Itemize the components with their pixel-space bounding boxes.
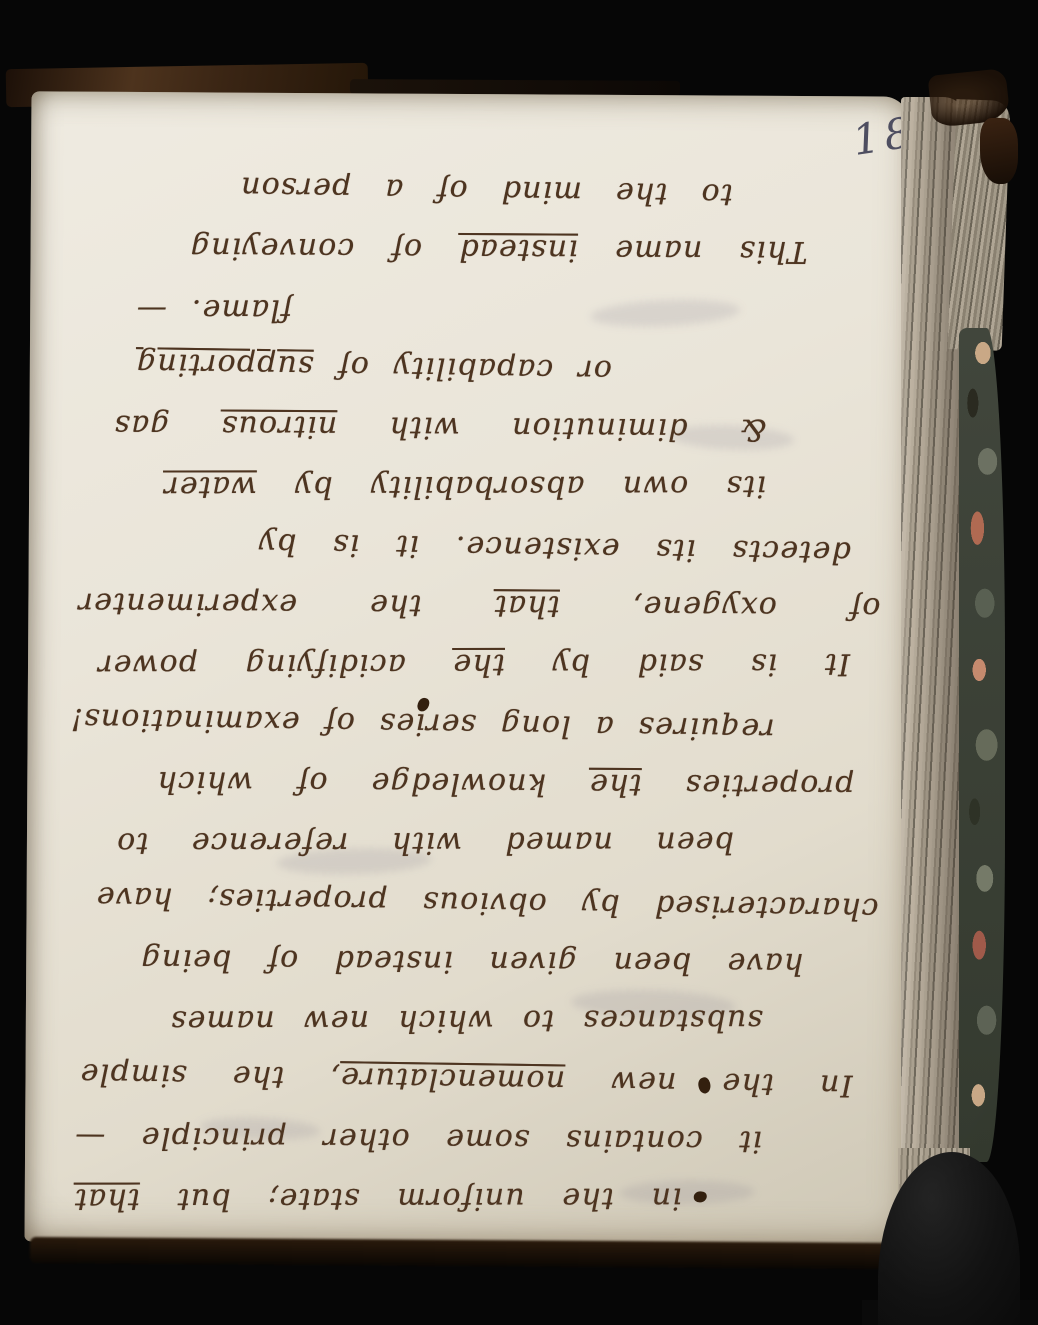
manuscript-line: properties the knowledge of which (51, 751, 879, 815)
manuscript-line: requires a long series of examinations! (51, 688, 880, 760)
manuscript-line: flame. — (54, 279, 882, 340)
manuscript-line: detects its existence. it is by (52, 510, 881, 582)
manuscript-line: In the new nomenclature, the simple (49, 1044, 878, 1116)
manuscript-line: have been given instead of being (50, 929, 878, 993)
manuscript-line: This name instead of conveying (54, 217, 882, 281)
manuscript-line: characterised by obvious properties; hav… (50, 866, 879, 938)
board-corner (980, 118, 1018, 184)
manuscript-line: its own absorbability by water (53, 456, 881, 517)
manuscript-line: of oxygene, that the experimenter (52, 573, 880, 637)
manuscript-line: to the mind of a person (55, 155, 884, 227)
manuscript-line: & diminution with nitrous gas (53, 395, 881, 459)
manuscript-line: in the uniform state; but that (49, 1168, 877, 1229)
manuscript-line: been named with reference to (51, 812, 879, 873)
manuscript-line: or capability of supporting (53, 332, 882, 404)
manuscript-line: It is said by the acidifying power (52, 634, 880, 695)
photo-stage: 185 in the uniform state; but thatit con… (0, 0, 1038, 1325)
page-bottom-edge (30, 1237, 912, 1269)
manuscript-line: substances to which new names (50, 990, 878, 1051)
manuscript-text: in the uniform state; but thatit contain… (49, 157, 884, 1230)
marbled-cover-edge (959, 328, 1005, 1162)
manuscript-page: 185 in the uniform state; but thatit con… (24, 91, 909, 1246)
manuscript-line: it contains some other principle — (49, 1107, 877, 1171)
